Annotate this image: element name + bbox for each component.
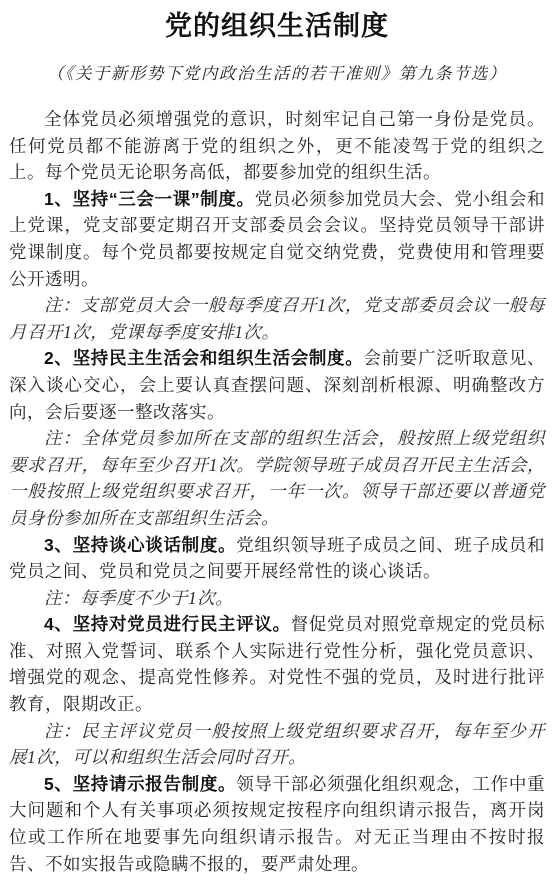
section-note: 注：民主评议党员一般按照上级党组织要求召开，每年至少开展1次，可以和组织生活会同… <box>9 718 545 771</box>
section-heading: 4、坚持对党员进行民主评议。 <box>44 614 291 634</box>
section-paragraph: 5、坚持请示报告制度。领导干部必须强化组织观念，工作中重大问题和个人有关事项必须… <box>9 771 545 877</box>
section-paragraph: 1、坚持“三会一课”制度。党员必须参加党员大会、党小组会和上党课，党支部要定期召… <box>9 186 545 292</box>
section-heading: 5、坚持请示报告制度。 <box>44 774 236 794</box>
document-page: 党的组织生活制度 （《关于新形势下党内政治生活的若干准则》第九条节选） 全体党员… <box>0 0 554 887</box>
section-paragraph: 3、坚持谈心谈话制度。党组织领导班子成员之间、班子成员和党员之间、党员和党员之间… <box>9 532 545 585</box>
section-heading: 2、坚持民主生活会和组织生活会制度。 <box>44 348 363 368</box>
section-note: 注：每季度不少于1次。 <box>9 585 545 612</box>
document-subtitle: （《关于新形势下党内政治生活的若干准则》第九条节选） <box>9 62 545 86</box>
section-note: 注：支部党员大会一般每季度召开1次，党支部委员会议一般每月召开1次，党课每季度安… <box>9 292 545 345</box>
section-paragraph: 2、坚持民主生活会和组织生活会制度。会前要广泛听取意见、深入谈心交心，会上要认真… <box>9 345 545 425</box>
document-title: 党的组织生活制度 <box>9 10 545 42</box>
sections-container: 1、坚持“三会一课”制度。党员必须参加党员大会、党小组会和上党课，党支部要定期召… <box>9 186 545 877</box>
section-paragraph: 4、坚持对党员进行民主评议。督促党员对照党章规定的党员标准、对照入党誓词、联系个… <box>9 611 545 717</box>
section-heading: 1、坚持“三会一课”制度。 <box>44 189 255 209</box>
section-heading: 3、坚持谈心谈话制度。 <box>44 535 236 555</box>
section-note: 注：全体党员参加所在支部的组织生活会，般按照上级党组织要求召开，每年至少召开1次… <box>9 425 545 531</box>
intro-paragraph: 全体党员必须增强党的意识，时刻牢记自己第一身份是党员。任何党员都不能游离于党的组… <box>9 106 545 186</box>
